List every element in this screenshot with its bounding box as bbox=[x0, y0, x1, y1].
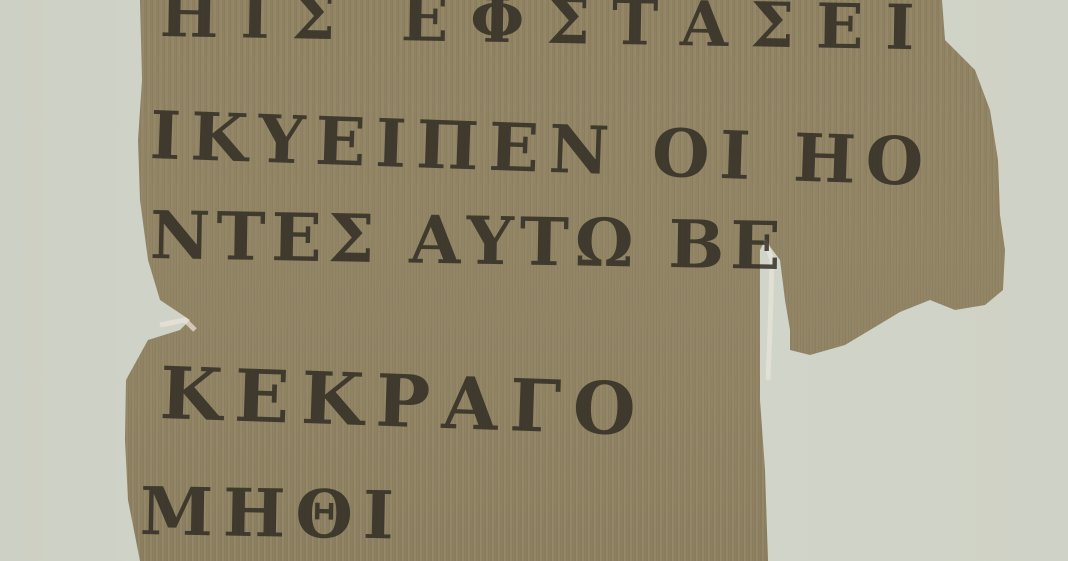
papyrus-text-line-4: ΚΕΚΡΑΓΟ bbox=[159, 350, 650, 452]
papyrus-text-line-5: ΜΗΘΙ bbox=[139, 472, 404, 555]
papyrus-text-line-3: ΝΤΕΣ ΑΥΤΩ ΒΕ bbox=[149, 196, 787, 285]
